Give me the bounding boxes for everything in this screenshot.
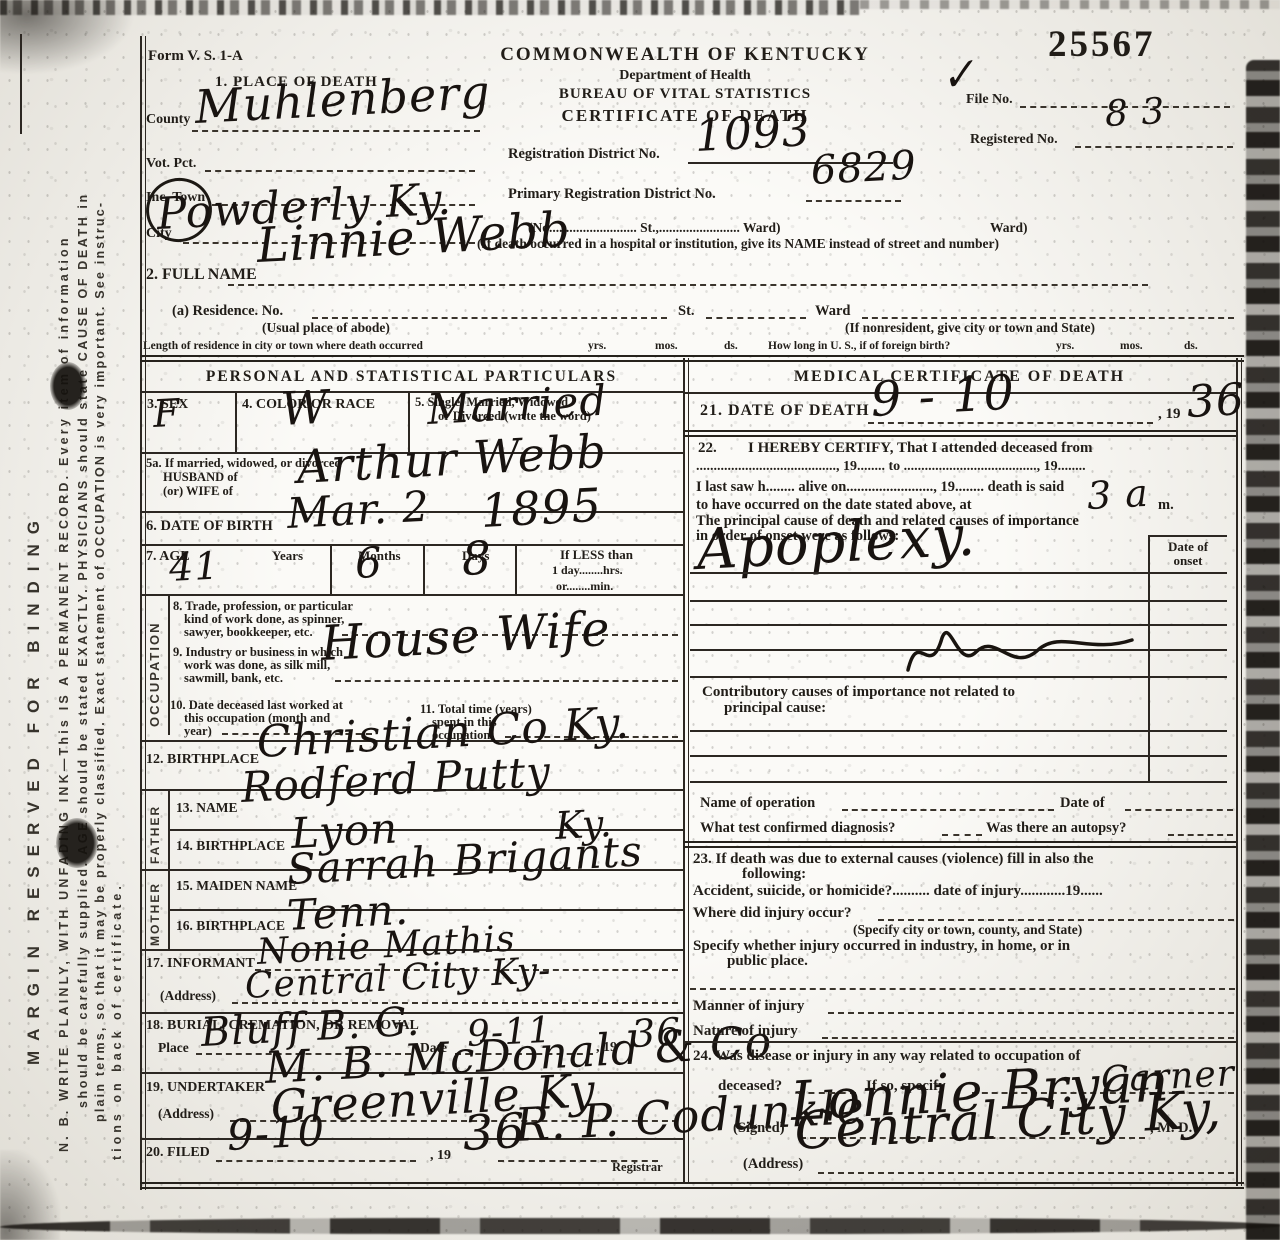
burial-place-label: Place [158,1040,189,1055]
scan-edge-top-right [860,0,1280,9]
father-name-label: 13. NAME [176,800,238,815]
age-months-handwriting: 6 [354,543,384,584]
scanned-death-certificate: MARGIN RESERVED FOR BINDING N. B. WRITE … [0,0,1280,1240]
form-number: Form V. S. 1-A [148,48,243,65]
group-line [168,596,170,735]
cell-line [515,545,517,595]
cell-line [330,545,332,595]
date-of-birth-handwriting: Mar. 2 [286,487,431,534]
cause-of-death-handwriting: Apoplexy. [695,509,977,577]
occupation-handwriting: House Wife [320,607,612,668]
margin-note-line4: tions on back of certificate. [110,882,124,1160]
rule-21 [683,430,1236,437]
commonwealth-heading: COMMONWEALTH OF KENTUCKY [410,44,960,65]
contributory-label-2: principal cause: [724,700,826,717]
industry-label-1: 9. Industry or business in which [173,645,343,659]
residence-no-line [312,317,667,319]
primary-registration-handwriting: 6829 [810,147,918,190]
certify-number: 22. [698,440,717,457]
residence-st-label: St. [678,303,695,319]
filed-date-handwriting: 9-10 [226,1111,326,1156]
vot-pct-blank [205,170,475,172]
occupation-vertical-label: OCCUPATION [147,622,162,727]
punch-hole [50,362,86,410]
certificate-number-stamp: 25567 [1048,24,1156,65]
scan-edge-right [1246,60,1280,1240]
signed-label: (Signed) [733,1120,785,1136]
deceased-label: deceased? [718,1078,782,1095]
yrs-label: yrs. [588,340,606,353]
contributory-label-1: Contributory causes of importance not re… [702,684,1015,701]
color-race-handwriting: W [280,386,331,432]
rule-22-bottom [683,841,1236,848]
vot-pct-label: Vot. Pct. [146,156,196,172]
certify-line-3: I last saw h........ alive on...........… [696,479,1064,495]
manner-of-injury-blank [828,1012,1234,1014]
cause-rule [690,730,1227,732]
registration-district-label: Registration District No. [508,146,660,162]
father-vertical-label: FATHER [148,805,162,864]
certificate-title: CERTIFICATE OF DEATH [410,106,960,125]
form-border-right [1236,358,1238,1186]
if-less-label-1: If LESS than [560,548,633,563]
birth-year-handwriting: 1895 [480,484,603,534]
operation-date-blank [1125,809,1233,811]
primary-registration-line [806,200,901,202]
registered-no-handwriting: 8 3 [1104,95,1166,132]
cell-line [235,392,237,452]
onset-box-top [1148,535,1227,537]
ward-close: Ward) [990,220,1028,235]
undertaker-address-label: (Address) [158,1106,214,1121]
registrar-label: Registrar [612,1160,663,1174]
length-residence-label: Length of residence in city or town wher… [143,340,423,353]
death-ampm-handwriting: a [1124,475,1150,512]
yrs-label: yrs. [1056,340,1074,353]
last-worked-label-1: 10. Date deceased last worked at [170,698,343,712]
date-of-birth-label: 6. DATE OF BIRTH [146,518,273,534]
ds-label: ds. [724,340,738,353]
father-name-handwriting: Rodferd Putty [240,752,552,808]
age-years-handwriting: 41 [168,547,220,586]
blank-line [690,988,1235,990]
residence-st-line [706,317,806,319]
cell-line [423,545,425,595]
industry-label-3: sawmill, bank, etc. [184,671,283,685]
header-bottom-rule [140,355,1244,362]
file-no-label: File No. [966,92,1013,108]
mother-vertical-label: MOTHER [148,882,162,946]
date-of-death-handwriting: 9 - 10 [870,371,1017,424]
filed-label: 20. FILED [146,1145,210,1161]
ds-label: ds. [1184,340,1198,353]
spouse-label-2: HUSBAND of [163,470,238,484]
maiden-name-label: 15. MAIDEN NAME [176,878,297,893]
scan-streak-bottom [0,1218,1280,1234]
specify-industry-label-2: public place. [727,953,808,970]
how-long-label: How long in U. S., if of foreign birth? [768,340,950,353]
operation-label: Name of operation [700,795,815,811]
father-birthplace-label: 14. BIRTHPLACE [176,838,285,853]
nature-of-injury-label: Nature of injury [693,1023,798,1040]
rule [168,909,683,911]
date-of-death-label: 21. DATE OF DEATH [700,402,870,420]
cause-rule [690,755,1227,757]
full-name-handwriting: Linnie Webb [256,208,572,270]
scan-edge-bottom-left [0,1150,60,1240]
registered-no-label: Registered No. [970,132,1058,148]
last-worked-label-3: year) [184,724,212,738]
test-label: What test confirmed diagnosis? [700,820,895,836]
autopsy-label: Was there an autopsy? [986,820,1126,836]
if-less-label-2: 1 day........hrs. [552,564,623,577]
test-blank [942,834,982,836]
death-year-handwriting: 36 [1186,379,1246,424]
if-less-label-3: or........min. [556,580,613,593]
ink-scribble-icon [900,608,1140,683]
death-year-printed: , 19 [1158,406,1181,423]
meridian-label: m. [1158,497,1174,513]
residence-label: (a) Residence. No. [172,303,283,319]
margin-note-line2: should be carefully supplied. AGE should… [76,192,90,1108]
cause-rule [690,572,1227,574]
nonresident-note: (If nonresident, give city or town and S… [845,320,1095,335]
rule [683,1041,1236,1043]
primary-registration-label: Primary Registration District No. [508,186,716,202]
certify-line-1: I HEREBY CERTIFY, That I attended deceas… [748,440,1093,457]
full-name-line [228,284,1148,286]
nature-of-injury-blank [822,1037,1234,1039]
spouse-label-3: (or) WIFE of [163,484,233,498]
registered-no-line [1075,146,1233,148]
mos-label: mos. [1120,340,1143,353]
trade-label-3: sawyer, bookkeeper, etc. [184,625,313,639]
informant-address-label: (Address) [160,988,216,1003]
fold-line [20,34,22,134]
filed-year-printed: , 19 [430,1148,451,1164]
autopsy-blank [1168,834,1233,836]
county-label: County [146,112,190,128]
form-bottom-rule [140,1182,1244,1189]
bureau-heading: BUREAU OF VITAL STATISTICS [410,86,960,103]
accident-label: Accident, suicide, or homicide?.........… [693,883,1103,900]
external-causes-label-2: following: [742,866,806,883]
informant-label: 17. INFORMANT [146,956,255,972]
cause-rule [690,781,1227,783]
department-heading: Department of Health [410,68,960,84]
registration-district-handwriting: 1093 [694,110,812,158]
specify-city-note: (Specify city or town, county, and State… [853,922,1082,937]
full-name-label: 2. FULL NAME [146,266,257,284]
filed-date-blank [216,1160,416,1162]
operation-blank [842,809,1054,811]
form-border-left [140,36,142,1190]
marital-handwriting: Married [426,381,608,430]
punch-hole [56,818,98,868]
sex-handwriting: F [152,395,181,432]
physician-address-label: (Address) [743,1156,803,1172]
abode-note: (Usual place of abode) [262,320,390,335]
residence-ward-line [862,317,1234,319]
age-days-handwriting: 8 [461,536,494,581]
manner-of-injury-label: Manner of injury [693,998,804,1015]
margin-binding-text: MARGIN RESERVED FOR BINDING [24,511,44,1065]
cause-rule [690,600,1227,602]
age-years-label: Years [272,549,303,564]
industry-blank [335,680,678,682]
undertaker-label: 19. UNDERTAKER [146,1080,265,1096]
onset-label-2: onset [1150,554,1226,569]
trade-label-1: 8. Trade, profession, or particular [173,599,353,613]
rule [140,594,683,596]
operation-date-label: Date of [1060,795,1105,811]
certify-line-2: ........................................… [696,459,1086,475]
margin-note-line3: plain terms, so that it may be properly … [93,201,107,1122]
injury-where-label: Where did injury occur? [693,905,851,922]
injury-where-blank [878,919,1234,921]
industry-label-2: work was done, as silk mill, [184,658,330,672]
death-hour-handwriting: 3 [1086,477,1113,514]
rule [140,544,683,546]
physician-address-blank [818,1172,1234,1174]
residence-ward-label: Ward [815,303,850,319]
mos-label: mos. [655,340,678,353]
form-border-right-inner [1241,358,1242,1186]
